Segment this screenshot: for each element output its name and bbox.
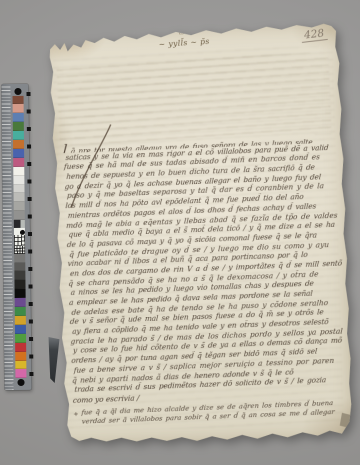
archival-inscription: ~ yyll̃s ~ p̃s — [159, 37, 210, 49]
color-patch — [13, 149, 24, 158]
color-patch — [14, 262, 25, 271]
color-patch — [13, 122, 24, 131]
color-patch — [14, 254, 25, 263]
manuscript-text-block: l q̃ nre tor puesta allegua vra de fuso … — [63, 133, 350, 427]
color-patch — [14, 202, 25, 211]
color-patch — [13, 131, 24, 140]
color-patch — [15, 316, 26, 325]
ruler-ticks — [1, 84, 13, 390]
color-patch — [13, 158, 24, 167]
color-patch — [13, 184, 24, 193]
manuscript-page-wrap: t̃s ~ yyll̃s ~ p̃s 428 l q̃ nre tor pues… — [40, 22, 354, 447]
color-patch — [15, 352, 26, 361]
color-patch — [15, 307, 26, 316]
page-number: 428 — [300, 27, 327, 43]
color-patch — [13, 176, 24, 185]
registration-dot — [14, 88, 21, 95]
checker-target — [14, 246, 25, 254]
density-slab — [14, 220, 25, 228]
color-patch — [15, 360, 26, 369]
patch-stack — [12, 84, 26, 390]
manuscript-page: t̃s ~ yyll̃s ~ p̃s 428 l q̃ nre tor pues… — [40, 22, 354, 447]
color-patch — [13, 95, 24, 104]
color-patch — [13, 140, 24, 149]
color-patch — [15, 289, 26, 298]
color-patch — [14, 280, 25, 289]
micro-target-label — [14, 228, 25, 247]
color-patch — [15, 298, 26, 307]
manuscript-lines: l q̃ nre tor puesta allegua vra de fuso … — [63, 133, 348, 395]
color-patch — [14, 271, 25, 280]
color-patch — [15, 369, 26, 378]
postscript-marker: + — [73, 410, 78, 417]
color-patch — [13, 167, 24, 176]
color-patch — [14, 193, 25, 202]
color-patch — [13, 113, 24, 122]
color-patch — [15, 334, 26, 343]
color-patch — [15, 325, 26, 334]
color-calibration-strip — [1, 84, 31, 390]
color-patch — [13, 104, 24, 113]
color-patch — [14, 211, 25, 220]
registration-dot — [17, 379, 24, 386]
inscription-mark: t̃s — [179, 30, 184, 36]
ruler-notches — [26, 92, 33, 382]
photo-backdrop: t̃s ~ yyll̃s ~ p̃s 428 l q̃ nre tor pues… — [0, 0, 360, 465]
color-patch — [15, 343, 26, 352]
